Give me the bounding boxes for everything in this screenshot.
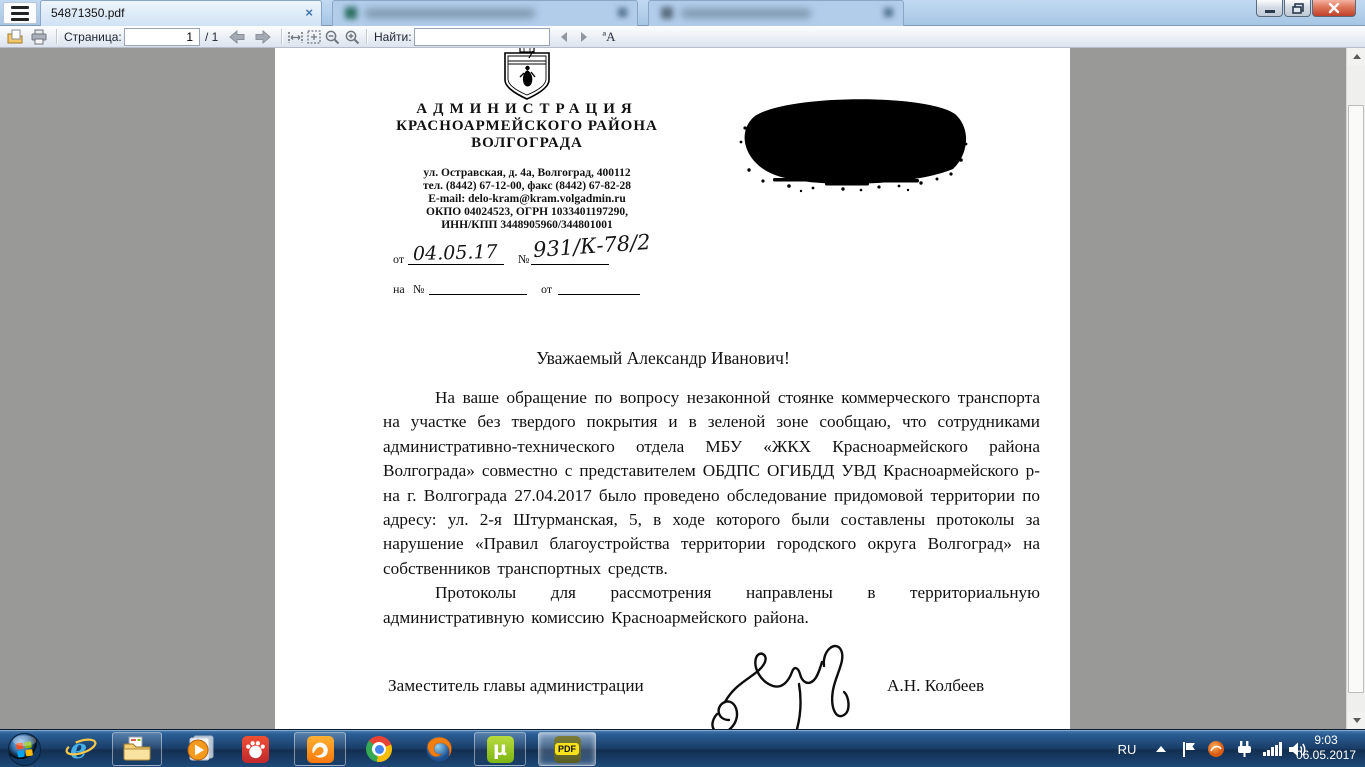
org-name-line3: ВОЛГОГРАДА — [315, 135, 739, 152]
internet-explorer-icon: e — [64, 734, 98, 764]
taskbar-item-firefox[interactable] — [418, 732, 460, 766]
utorrent-icon: µ — [487, 736, 514, 763]
back-icon[interactable] — [226, 28, 248, 46]
utorrent-glyph: µ — [493, 738, 507, 760]
find-next-icon[interactable] — [576, 28, 592, 46]
fit-page-icon[interactable] — [306, 28, 322, 46]
sumatra-pdf-icon: PDF — [554, 736, 581, 763]
clock-time: 9:03 — [1290, 733, 1362, 748]
ref-from-label: от — [393, 252, 404, 267]
media-player-icon — [182, 734, 216, 764]
signer-name: А.Н. Колбеев — [887, 676, 984, 696]
clock[interactable]: 9:03 06.05.2017 — [1290, 733, 1362, 763]
svg-text:e: e — [70, 734, 87, 764]
paragraph-2: Протоколы для рассмотрения направлены в … — [383, 581, 1040, 630]
letter-body: На ваше обращение по вопросу незаконной … — [383, 386, 1040, 630]
forward-icon[interactable] — [252, 28, 274, 46]
fit-width-icon[interactable] — [287, 28, 303, 46]
page-label: Страница: — [64, 30, 122, 44]
ref2-no-label: № — [413, 282, 424, 297]
tab-blurred-2[interactable] — [648, 0, 904, 26]
tab-close-icon[interactable]: × — [305, 5, 313, 20]
email-line: E-mail: delo-kram@kram.volgadmin.ru — [295, 193, 759, 206]
document-viewport[interactable]: АДМИНИСТРАЦИЯ КРАСНОАРМЕЙСКОГО РАЙОНА ВО… — [0, 48, 1365, 729]
close-button[interactable] — [1312, 0, 1356, 17]
restore-button[interactable] — [1284, 0, 1311, 17]
taskbar-item-uc-browser[interactable] — [294, 732, 346, 766]
paragraph-1: На ваше обращение по вопросу незаконной … — [383, 386, 1040, 581]
tab-title: 54871350.pdf — [51, 6, 124, 20]
org-name-line2: КРАСНОАРМЕЙСКОГО РАЙОНА — [315, 118, 739, 135]
org-address-block: ул. Остравская, д. 4а, Волгоград, 400112… — [295, 167, 759, 232]
zoom-out-icon[interactable] — [324, 28, 341, 46]
tab-bar: 54871350.pdf × — [0, 0, 1365, 26]
vertical-scrollbar[interactable] — [1346, 48, 1365, 729]
folder-explorer-icon — [122, 736, 152, 762]
ref-date-handwritten: 04.05.17 — [413, 241, 498, 265]
pdf-badge: PDF — [555, 743, 579, 755]
taskbar-item-internet-explorer[interactable]: e — [60, 732, 102, 766]
ref-no-label: № — [518, 252, 529, 267]
action-center-flag[interactable] — [1178, 730, 1200, 767]
open-file-icon[interactable] — [6, 28, 24, 46]
scrollbar-up-button[interactable] — [1347, 48, 1365, 65]
language-indicator[interactable]: RU — [1112, 730, 1142, 767]
avast-tray[interactable] — [1204, 730, 1228, 767]
taskbar: e — [0, 729, 1365, 767]
find-label: Найти: — [374, 30, 412, 44]
ref2-na-label: на — [393, 282, 405, 297]
minimize-button[interactable] — [1256, 0, 1283, 17]
org-header: АДМИНИСТРАЦИЯ КРАСНОАРМЕЙСКОГО РАЙОНА ВО… — [315, 101, 739, 152]
pdf-page: АДМИНИСТРАЦИЯ КРАСНОАРМЕЙСКОГО РАЙОНА ВО… — [275, 48, 1070, 729]
taskbar-item-gom-player[interactable] — [234, 732, 276, 766]
start-button[interactable] — [5, 732, 43, 766]
address-line: ул. Остравская, д. 4а, Волгоград, 400112 — [295, 167, 759, 180]
print-icon[interactable] — [30, 28, 48, 46]
hidden-icons-button[interactable] — [1152, 730, 1170, 767]
taskbar-item-chrome[interactable] — [358, 732, 400, 766]
find-prev-icon[interactable] — [556, 28, 572, 46]
scrollbar-down-button[interactable] — [1347, 712, 1365, 729]
flag-icon — [1182, 741, 1197, 758]
network-signal-icon — [1263, 742, 1282, 756]
org-name-line1: АДМИНИСТРАЦИЯ — [315, 101, 739, 118]
hamburger-menu-icon[interactable] — [3, 2, 37, 24]
avast-icon — [1207, 740, 1225, 758]
scrollbar-thumb[interactable] — [1348, 105, 1364, 693]
tab-blurred-1[interactable] — [332, 0, 638, 26]
signer-title: Заместитель главы администрации — [388, 676, 644, 696]
power-plug-icon — [1236, 740, 1253, 758]
match-case-icon[interactable]: ªA — [598, 28, 620, 46]
clock-date: 06.05.2017 — [1290, 748, 1362, 763]
coat-of-arms-volgograd — [500, 48, 554, 104]
taskbar-item-sumatra-pdf-active[interactable]: PDF — [538, 732, 596, 766]
uc-browser-icon — [307, 736, 334, 763]
taskbar-item-media-player[interactable] — [176, 732, 222, 766]
okpo-ogrn-line: ОКПО 04024523, ОГРН 1033401197290, — [295, 206, 759, 219]
page-number-input[interactable] — [124, 28, 200, 46]
find-input[interactable] — [414, 28, 550, 46]
signature — [695, 636, 875, 729]
tab-active-pdf[interactable]: 54871350.pdf × — [40, 0, 322, 26]
windows-logo-icon — [7, 732, 42, 767]
chrome-icon — [366, 736, 392, 762]
power-tray[interactable] — [1232, 730, 1256, 767]
pdf-toolbar: Страница: / 1 Найти: ªA — [0, 26, 1365, 48]
greeting-line: Уважаемый Александр Иванович! — [383, 348, 943, 369]
zoom-in-icon[interactable] — [344, 28, 361, 46]
gom-player-icon — [242, 736, 269, 763]
taskbar-item-utorrent[interactable]: µ — [474, 732, 526, 766]
redaction-blob — [733, 86, 973, 198]
chevron-up-icon — [1156, 746, 1166, 752]
inn-kpp-line: ИНН/КПП 3448905960/344801001 — [295, 219, 759, 232]
taskbar-item-explorer[interactable] — [112, 732, 162, 766]
network-tray[interactable] — [1260, 730, 1284, 767]
ref-number-handwritten: 931/К-78/2 — [532, 230, 651, 262]
firefox-icon — [425, 735, 453, 763]
phone-line: тел. (8442) 67-12-00, факс (8442) 67-82-… — [295, 180, 759, 193]
ref2-ot-label: от — [541, 282, 552, 297]
page-total: / 1 — [205, 30, 218, 44]
